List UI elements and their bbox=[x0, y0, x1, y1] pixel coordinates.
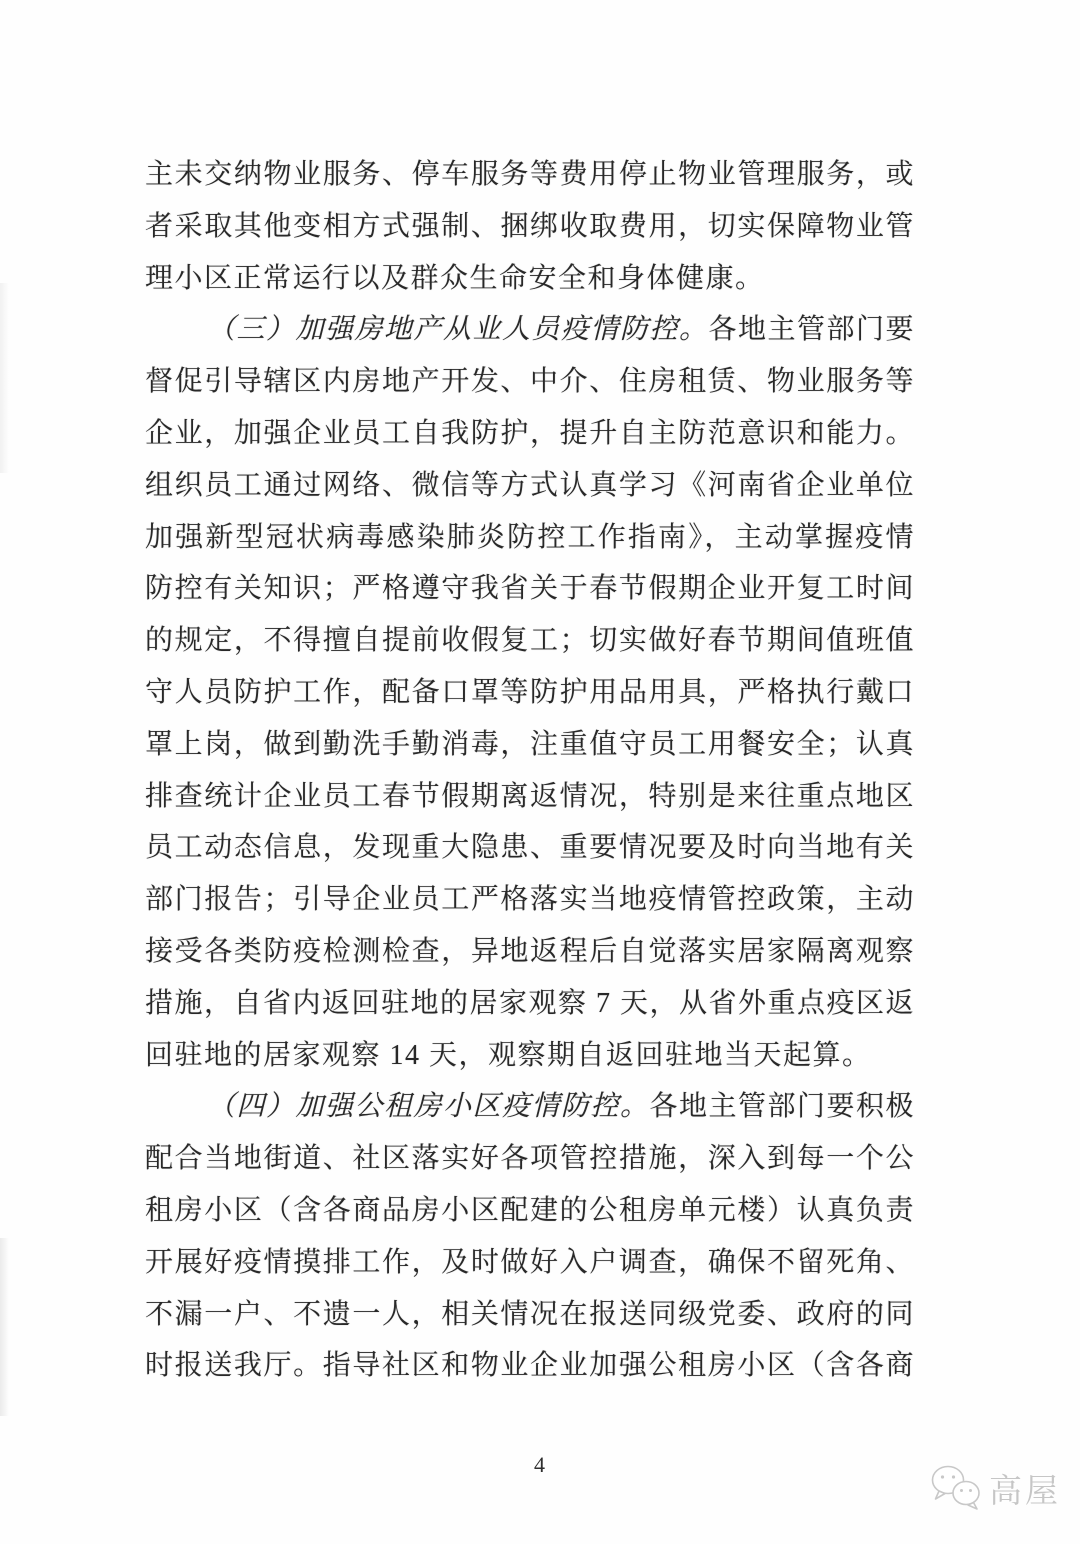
text-line: 的规定，不得擅自提前收假复工；切实做好春节期间值班值 bbox=[145, 615, 915, 667]
text-line: 回驻地的居家观察 14 天，观察期自返回驻地当天起算。 bbox=[145, 1030, 915, 1082]
watermark: 高屋 bbox=[928, 1464, 1061, 1512]
text-line: 组织员工通过网络、微信等方式认真学习《河南省企业单位 bbox=[145, 460, 915, 512]
text-line: 开展好疫情摸排工作，及时做好入户调查，确保不留死角、 bbox=[145, 1237, 915, 1289]
section-4-lead: 各地主管部门要积极 bbox=[650, 1091, 916, 1122]
scan-edge-artifact bbox=[0, 283, 9, 473]
scan-edge-artifact bbox=[0, 1238, 9, 1416]
text-line: 部门报告；引导企业员工严格落实当地疫情管控政策，主动 bbox=[145, 874, 915, 926]
section-3-lead: 各地主管部门要 bbox=[709, 314, 916, 345]
text-line: 接受各类防疫检测检查，异地返程后自觉落实居家隔离观察 bbox=[145, 926, 915, 978]
text-line: 守人员防护工作，配备口罩等防护用品用具，严格执行戴口 bbox=[145, 667, 915, 719]
text-line section-3-first-line: （三）加强房地产从业人员疫情防控。各地主管部门要 bbox=[145, 304, 915, 356]
text-line: 防控有关知识；严格遵守我省关于春节假期企业开复工时间 bbox=[145, 563, 915, 615]
scanned-document-page: 主未交纳物业服务、停车服务等费用停止物业管理服务，或 者采取其他变相方式强制、捆… bbox=[0, 0, 1080, 1544]
text-line: 措施，自省内返回驻地的居家观察 7 天，从省外重点疫区返 bbox=[145, 978, 915, 1030]
text-line: 企业，加强企业员工自我防护，提升自主防范意识和能力。 bbox=[145, 408, 915, 460]
section-4-heading: （四）加强公租房小区疫情防控。 bbox=[207, 1091, 650, 1122]
text-line: 督促引导辖区内房地产开发、中介、住房租赁、物业服务等 bbox=[145, 356, 915, 408]
text-line: 加强新型冠状病毒感染肺炎防控工作指南》，主动掌握疫情 bbox=[145, 512, 915, 564]
text-line: 主未交纳物业服务、停车服务等费用停止物业管理服务，或 bbox=[145, 149, 915, 201]
section-3-heading: （三）加强房地产从业人员疫情防控。 bbox=[207, 314, 709, 345]
text-line: 排查统计企业员工春节假期离返情况，特别是来往重点地区 bbox=[145, 771, 915, 823]
text-line: 员工动态信息，发现重大隐患、重要情况要及时向当地有关 bbox=[145, 822, 915, 874]
page-number: 4 bbox=[0, 1452, 1080, 1478]
document-body: 主未交纳物业服务、停车服务等费用停止物业管理服务，或 者采取其他变相方式强制、捆… bbox=[145, 149, 915, 1392]
text-line: 配合当地街道、社区落实好各项管控措施，深入到每一个公 bbox=[145, 1133, 915, 1185]
text-line: 罩上岗，做到勤洗手勤消毒，注重值守员工用餐安全；认真 bbox=[145, 719, 915, 771]
text-line: 理小区正常运行以及群众生命安全和身体健康。 bbox=[145, 253, 915, 305]
text-line: 者采取其他变相方式强制、捆绑收取费用，切实保障物业管 bbox=[145, 201, 915, 253]
text-line: 不漏一户、不遗一人，相关情况在报送同级党委、政府的同 bbox=[145, 1289, 915, 1341]
text-line section-4-first-line: （四）加强公租房小区疫情防控。各地主管部门要积极 bbox=[145, 1081, 915, 1133]
watermark-text: 高屋 bbox=[989, 1470, 1061, 1507]
wechat-icon bbox=[928, 1464, 984, 1512]
text-line: 租房小区（含各商品房小区配建的公租房单元楼）认真负责 bbox=[145, 1185, 915, 1237]
text-line: 时报送我厅。指导社区和物业企业加强公租房小区（含各商 bbox=[145, 1340, 915, 1392]
